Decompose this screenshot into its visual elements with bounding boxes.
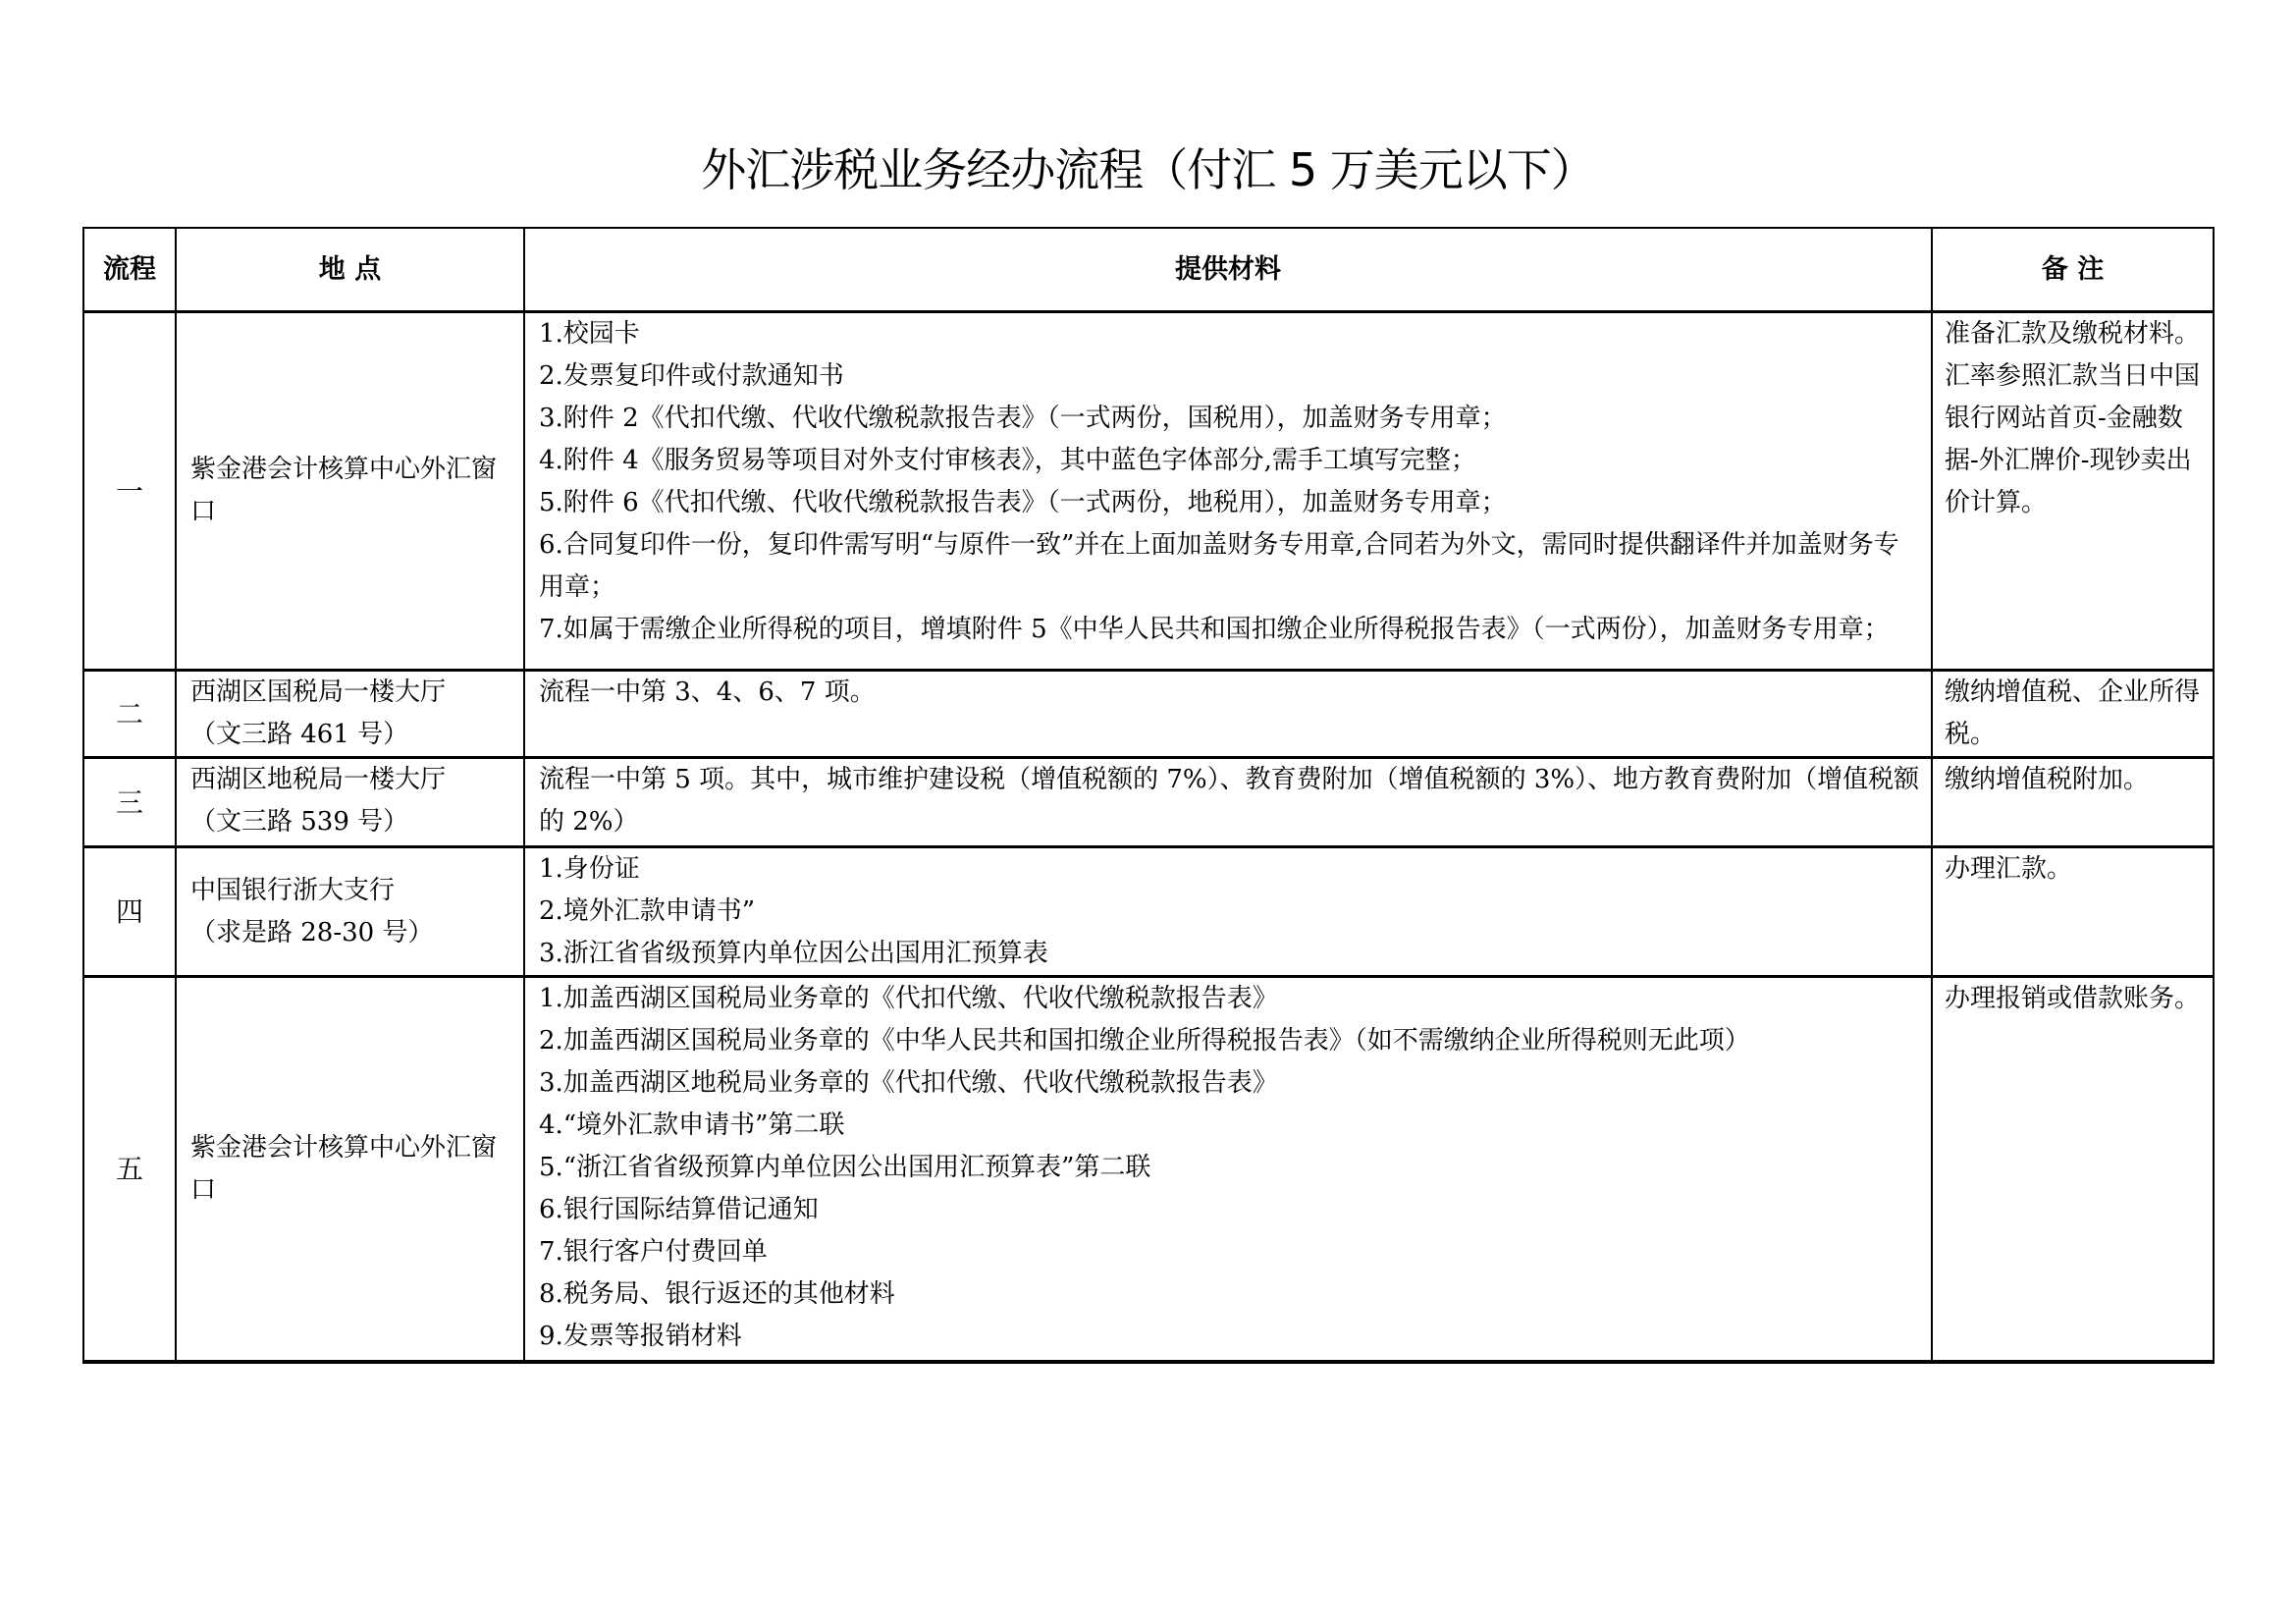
- material-item: 3.附件 2《代扣代缴、代收代缴税款报告表》（一式两份，国税用），加盖财务专用章…: [539, 398, 1923, 440]
- note-text: 缴纳增值税、企业所得税。: [1945, 672, 2205, 756]
- table-row: 一 紫金港会计核算中心外汇窗口 1.校园卡 2.发票复印件或付款通知书 3.附件…: [83, 312, 2214, 671]
- step-cell: 四: [83, 847, 176, 977]
- step-cell: 三: [83, 758, 176, 847]
- note-text: 办理报销或借款账务。: [1945, 978, 2205, 1020]
- material-item: 流程一中第 5 项。其中，城市维护建设税（增值税额的 7%）、教育费附加（增值税…: [539, 759, 1923, 843]
- material-item: 3.浙江省省级预算内单位因公出国用汇预算表: [539, 933, 1923, 975]
- material-item: 5.“浙江省省级预算内单位因公出国用汇预算表”第二联: [539, 1147, 1923, 1189]
- notes-cell: 办理汇款。: [1932, 847, 2214, 977]
- header-location: 地 点: [176, 228, 524, 312]
- location-name: 西湖区地税局一楼大厅: [190, 759, 515, 801]
- header-materials: 提供材料: [524, 228, 1932, 312]
- location-address: （文三路 461 号）: [190, 714, 515, 756]
- material-item: 流程一中第 3、4、6、7 项。: [539, 672, 1923, 714]
- material-item: 1.校园卡: [539, 313, 1923, 355]
- table-row: 二 西湖区国税局一楼大厅 （文三路 461 号） 流程一中第 3、4、6、7 项…: [83, 671, 2214, 758]
- note-text: 缴纳增值税附加。: [1945, 759, 2205, 801]
- materials-cell: 流程一中第 3、4、6、7 项。: [524, 671, 1932, 758]
- material-item: 8.税务局、银行返还的其他材料: [539, 1273, 1923, 1316]
- location-address: （求是路 28-30 号）: [190, 912, 515, 954]
- note-text: 汇率参照汇款当日中国银行网站首页-金融数据-外汇牌价-现钞卖出价计算。: [1945, 355, 2205, 524]
- material-item: 4.“境外汇款申请书”第二联: [539, 1105, 1923, 1147]
- step-cell: 二: [83, 671, 176, 758]
- page-title: 外汇涉税业务经办流程（付汇 5 万美元以下）: [0, 126, 2296, 214]
- materials-cell: 1.加盖西湖区国税局业务章的《代扣代缴、代收代缴税款报告表》 2.加盖西湖区国税…: [524, 977, 1932, 1363]
- material-item: 2.加盖西湖区国税局业务章的《中华人民共和国扣缴企业所得税报告表》（如不需缴纳企…: [539, 1020, 1923, 1062]
- material-item: 4.附件 4《服务贸易等项目对外支付审核表》，其中蓝色字体部分,需手工填写完整；: [539, 440, 1923, 482]
- location-cell: 中国银行浙大支行 （求是路 28-30 号）: [176, 847, 524, 977]
- location-name: 西湖区国税局一楼大厅: [190, 672, 515, 714]
- material-item: 7.银行客户付费回单: [539, 1231, 1923, 1273]
- notes-cell: 准备汇款及缴税材料。 汇率参照汇款当日中国银行网站首页-金融数据-外汇牌价-现钞…: [1932, 312, 2214, 671]
- location-address: （文三路 539 号）: [190, 801, 515, 843]
- material-item: 6.银行国际结算借记通知: [539, 1189, 1923, 1231]
- material-item: 2.境外汇款申请书”: [539, 891, 1923, 933]
- materials-cell: 1.校园卡 2.发票复印件或付款通知书 3.附件 2《代扣代缴、代收代缴税款报告…: [524, 312, 1932, 671]
- process-table: 流程 地 点 提供材料 备 注 一 紫金港会计核算中心外汇窗口 1.校园卡 2.…: [82, 227, 2215, 1364]
- header-step: 流程: [83, 228, 176, 312]
- header-notes: 备 注: [1932, 228, 2214, 312]
- location-cell: 西湖区地税局一楼大厅 （文三路 539 号）: [176, 758, 524, 847]
- table-row: 五 紫金港会计核算中心外汇窗口 1.加盖西湖区国税局业务章的《代扣代缴、代收代缴…: [83, 977, 2214, 1363]
- materials-cell: 1.身份证 2.境外汇款申请书” 3.浙江省省级预算内单位因公出国用汇预算表: [524, 847, 1932, 977]
- step-cell: 一: [83, 312, 176, 671]
- table-header-row: 流程 地 点 提供材料 备 注: [83, 228, 2214, 312]
- materials-cell: 流程一中第 5 项。其中，城市维护建设税（增值税额的 7%）、教育费附加（增值税…: [524, 758, 1932, 847]
- location-cell: 紫金港会计核算中心外汇窗口: [176, 977, 524, 1363]
- material-item: 6.合同复印件一份，复印件需写明“与原件一致”并在上面加盖财务专用章,合同若为外…: [539, 524, 1923, 609]
- notes-cell: 缴纳增值税附加。: [1932, 758, 2214, 847]
- notes-cell: 缴纳增值税、企业所得税。: [1932, 671, 2214, 758]
- table-row: 四 中国银行浙大支行 （求是路 28-30 号） 1.身份证 2.境外汇款申请书…: [83, 847, 2214, 977]
- material-item: 9.发票等报销材料: [539, 1316, 1923, 1358]
- location-cell: 西湖区国税局一楼大厅 （文三路 461 号）: [176, 671, 524, 758]
- location-cell: 紫金港会计核算中心外汇窗口: [176, 312, 524, 671]
- material-item: 1.加盖西湖区国税局业务章的《代扣代缴、代收代缴税款报告表》: [539, 978, 1923, 1020]
- material-item: 7.如属于需缴企业所得税的项目，增填附件 5《中华人民共和国扣缴企业所得税报告表…: [539, 609, 1923, 651]
- step-cell: 五: [83, 977, 176, 1363]
- material-item: 5.附件 6《代扣代缴、代收代缴税款报告表》（一式两份，地税用），加盖财务专用章…: [539, 482, 1923, 524]
- location-name: 中国银行浙大支行: [190, 870, 515, 912]
- material-item: 3.加盖西湖区地税局业务章的《代扣代缴、代收代缴税款报告表》: [539, 1062, 1923, 1105]
- table-row: 三 西湖区地税局一楼大厅 （文三路 539 号） 流程一中第 5 项。其中，城市…: [83, 758, 2214, 847]
- note-text: 准备汇款及缴税材料。: [1945, 313, 2205, 355]
- material-item: 2.发票复印件或付款通知书: [539, 355, 1923, 398]
- material-item: 1.身份证: [539, 848, 1923, 891]
- notes-cell: 办理报销或借款账务。: [1932, 977, 2214, 1363]
- note-text: 办理汇款。: [1945, 848, 2205, 891]
